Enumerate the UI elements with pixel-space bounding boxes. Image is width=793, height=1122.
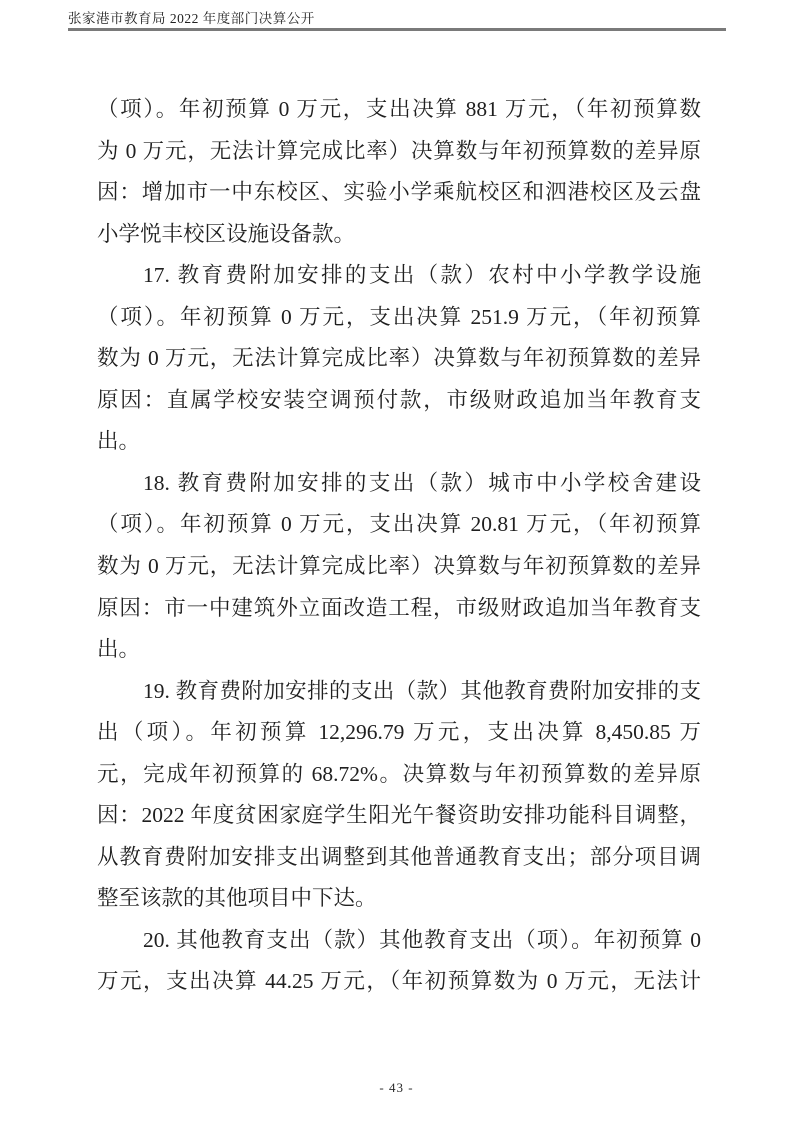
text-line: 出。 bbox=[97, 629, 701, 671]
text-line: 出（项）。年初预算 12,296.79 万元，支出决算 8,450.85 万 bbox=[97, 712, 701, 754]
text-line: 万元，支出决算 44.25 万元，（年初预算数为 0 万元，无法计 bbox=[97, 961, 701, 1003]
text-line: 出。 bbox=[97, 421, 701, 463]
text-line: （项）。年初预算 0 万元，支出决算 251.9 万元，（年初预算 bbox=[97, 297, 701, 339]
text-line: （项）。年初预算 0 万元，支出决算 20.81 万元，（年初预算 bbox=[97, 504, 701, 546]
text-line: 17. 教育费附加安排的支出（款）农村中小学教学设施 bbox=[97, 255, 701, 297]
text-line: （项）。年初预算 0 万元，支出决算 881 万元，（年初预算数 bbox=[97, 89, 701, 131]
text-line: 原因：直属学校安装空调预付款，市级财政追加当年教育支 bbox=[97, 380, 701, 422]
text-line: 小学悦丰校区设施设备款。 bbox=[97, 214, 701, 256]
document-body: （项）。年初预算 0 万元，支出决算 881 万元，（年初预算数为 0 万元，无… bbox=[97, 89, 701, 1003]
text-line: 20. 其他教育支出（款）其他教育支出（项）。年初预算 0 bbox=[97, 920, 701, 962]
header-title: 张家港市教育局 2022 年度部门决算公开 bbox=[68, 10, 315, 28]
header-rule bbox=[68, 28, 726, 31]
text-line: 因：2022 年度贫困家庭学生阳光午餐资助安排功能科目调整， bbox=[97, 795, 701, 837]
text-line: 数为 0 万元，无法计算完成比率）决算数与年初预算数的差异 bbox=[97, 546, 701, 588]
text-line: 18. 教育费附加安排的支出（款）城市中小学校舍建设 bbox=[97, 463, 701, 505]
text-line: 因：增加市一中东校区、实验小学乘航校区和泗港校区及云盘 bbox=[97, 172, 701, 214]
text-line: 整至该款的其他项目中下达。 bbox=[97, 878, 701, 920]
document-page: 张家港市教育局 2022 年度部门决算公开 （项）。年初预算 0 万元，支出决算… bbox=[0, 0, 793, 1122]
text-line: 19. 教育费附加安排的支出（款）其他教育费附加安排的支 bbox=[97, 671, 701, 713]
text-line: 数为 0 万元，无法计算完成比率）决算数与年初预算数的差异 bbox=[97, 338, 701, 380]
text-line: 从教育费附加安排支出调整到其他普通教育支出；部分项目调 bbox=[97, 837, 701, 879]
page-number: - 43 - bbox=[379, 1080, 413, 1095]
text-line: 为 0 万元，无法计算完成比率）决算数与年初预算数的差异原 bbox=[97, 131, 701, 173]
text-line: 元，完成年初预算的 68.72%。决算数与年初预算数的差异原 bbox=[97, 754, 701, 796]
text-line: 原因：市一中建筑外立面改造工程，市级财政追加当年教育支 bbox=[97, 588, 701, 630]
page-footer: - 43 - bbox=[0, 1079, 793, 1097]
